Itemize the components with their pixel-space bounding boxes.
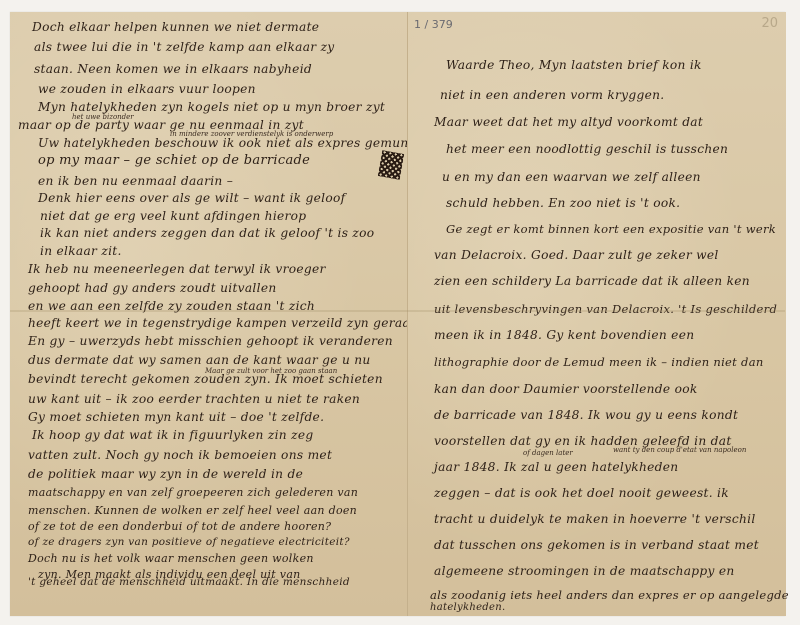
letter-line: Ge zegt er komt binnen kort een expositi… — [446, 222, 776, 236]
letter-line: niet in een anderen vorm kryggen. — [440, 88, 664, 102]
letter-line: de politiek maar wy zyn in de wereld in … — [28, 467, 303, 481]
letter-line: maatschappy en van zelf groepeeren zich … — [28, 486, 358, 499]
letter-line: en ik ben nu eenmaal daarin – — [38, 174, 233, 188]
letter-line: En gy – uwerzyds hebt misschien gehoopt … — [28, 334, 393, 348]
letter-line: dus dermate dat wy samen aan de kant waa… — [28, 353, 371, 367]
letter-line: van Delacroix. Goed. Daar zult ge zeker … — [434, 248, 719, 262]
letter-line: het meer een noodlottig geschil is tussc… — [446, 142, 728, 156]
letter-line: schuld hebben. En zoo niet is 't ook. — [446, 196, 680, 210]
left-page: Doch elkaar helpen kunnen we niet dermat… — [10, 12, 407, 616]
letter-line: lithographie door de Lemud meen ik – ind… — [434, 355, 764, 369]
letter-line: zien een schildery La barricade dat ik a… — [434, 274, 750, 288]
letter-line: tracht u duidelyk te maken in hoeverre '… — [434, 512, 756, 526]
letter-line: bevindt terecht gekomen zouden zyn. Ik m… — [28, 372, 383, 386]
letter-line: hatelykheden. — [430, 602, 505, 613]
letter-line: Ik heb nu meeneerlegen dat terwyl ik vro… — [28, 262, 326, 276]
letter-line: gehoopt had gy anders zoudt uitvallen — [28, 281, 276, 295]
letter-line: uw kant uit – ik zoo eerder trachten u n… — [28, 392, 360, 406]
letter-line: algemeene stroomingen in de maatschappy … — [434, 564, 735, 578]
letter-line: menschen. Kunnen de wolken er zelf heel … — [28, 504, 357, 517]
letter-line: Doch nu is het volk waar menschen geen w… — [28, 552, 314, 565]
letter-line: als zoodanig iets heel anders dan expres… — [430, 588, 789, 602]
letter-line: staan. Neen komen we in elkaars nabyheid — [34, 62, 312, 76]
letter-line: ik kan niet anders zeggen dan dat ik gel… — [40, 226, 374, 240]
letter-line: Denk hier eens over als ge wilt – want i… — [38, 191, 345, 205]
letter-line: Doch elkaar helpen kunnen we niet dermat… — [32, 20, 319, 34]
letter-line: als twee lui die in 't zelfde kamp aan e… — [34, 40, 334, 54]
interlinear-note: of dagen later — [523, 449, 573, 457]
letter-line: u en my dan een waarvan we zelf alleen — [442, 170, 701, 184]
letter-line: kan dan door Daumier voorstellende ook — [434, 382, 698, 396]
letter-line: Myn hatelykheden zyn kogels niet op u my… — [38, 100, 385, 114]
letter-line: meen ik in 1848. Gy kent bovendien een — [434, 328, 694, 342]
letter-line: Gy moet schieten myn kant uit – doe 't z… — [28, 410, 324, 424]
letter-line: of ze dragers zyn van positieve of negat… — [28, 536, 350, 548]
ink-blot — [378, 150, 404, 179]
letter-line: dat tusschen ons gekomen is in verband s… — [434, 538, 759, 552]
letter-line: in elkaar zit. — [40, 244, 122, 258]
letter-line: de barricade van 1848. Ik wou gy u eens … — [434, 408, 738, 422]
letter-line: uit levensbeschryvingen van Delacroix. '… — [434, 302, 777, 316]
interlinear-note: want ty den coup d'etat van napoleon — [613, 446, 746, 454]
letter-line: 't geheel dat de menschheid uitmaakt. In… — [28, 576, 350, 588]
letter-sheet: Doch elkaar helpen kunnen we niet dermat… — [10, 12, 785, 616]
letter-line: heeft keert we in tegenstrydige kampen v… — [28, 316, 423, 330]
letter-line: niet dat ge erg veel kunt afdingen hiero… — [40, 209, 306, 223]
letter-line: vatten zult. Noch gy noch ik bemoeien on… — [28, 448, 332, 462]
archive-number: 1 / 379 — [414, 18, 453, 31]
letter-line: Waarde Theo, Myn laatsten brief kon ik — [446, 58, 702, 72]
letter-line: jaar 1848. Ik zal u geen hatelykheden — [434, 460, 678, 474]
page-number: 20 — [761, 16, 778, 31]
letter-line: Uw hatelykheden beschouw ik ook niet als… — [38, 136, 414, 150]
right-page: 1 / 379 20 Waarde Theo, Myn laatsten bri… — [407, 12, 786, 616]
letter-line: op my maar – ge schiet op de barricade — [38, 153, 310, 168]
letter-line: of ze tot de een donderbui of tot de and… — [28, 520, 331, 533]
paper-fold — [10, 310, 785, 312]
letter-line: Maar weet dat het my altyd voorkomt dat — [434, 115, 703, 129]
letter-line: we zouden in elkaars vuur loopen — [38, 82, 256, 96]
interlinear-note: in mindere zoover verdienstelyk is onder… — [170, 130, 333, 138]
letter-line: Ik hoop gy dat wat ik in figuurlyken zin… — [32, 428, 313, 442]
letter-line: zeggen – dat is ook het doel nooit gewee… — [434, 486, 729, 500]
